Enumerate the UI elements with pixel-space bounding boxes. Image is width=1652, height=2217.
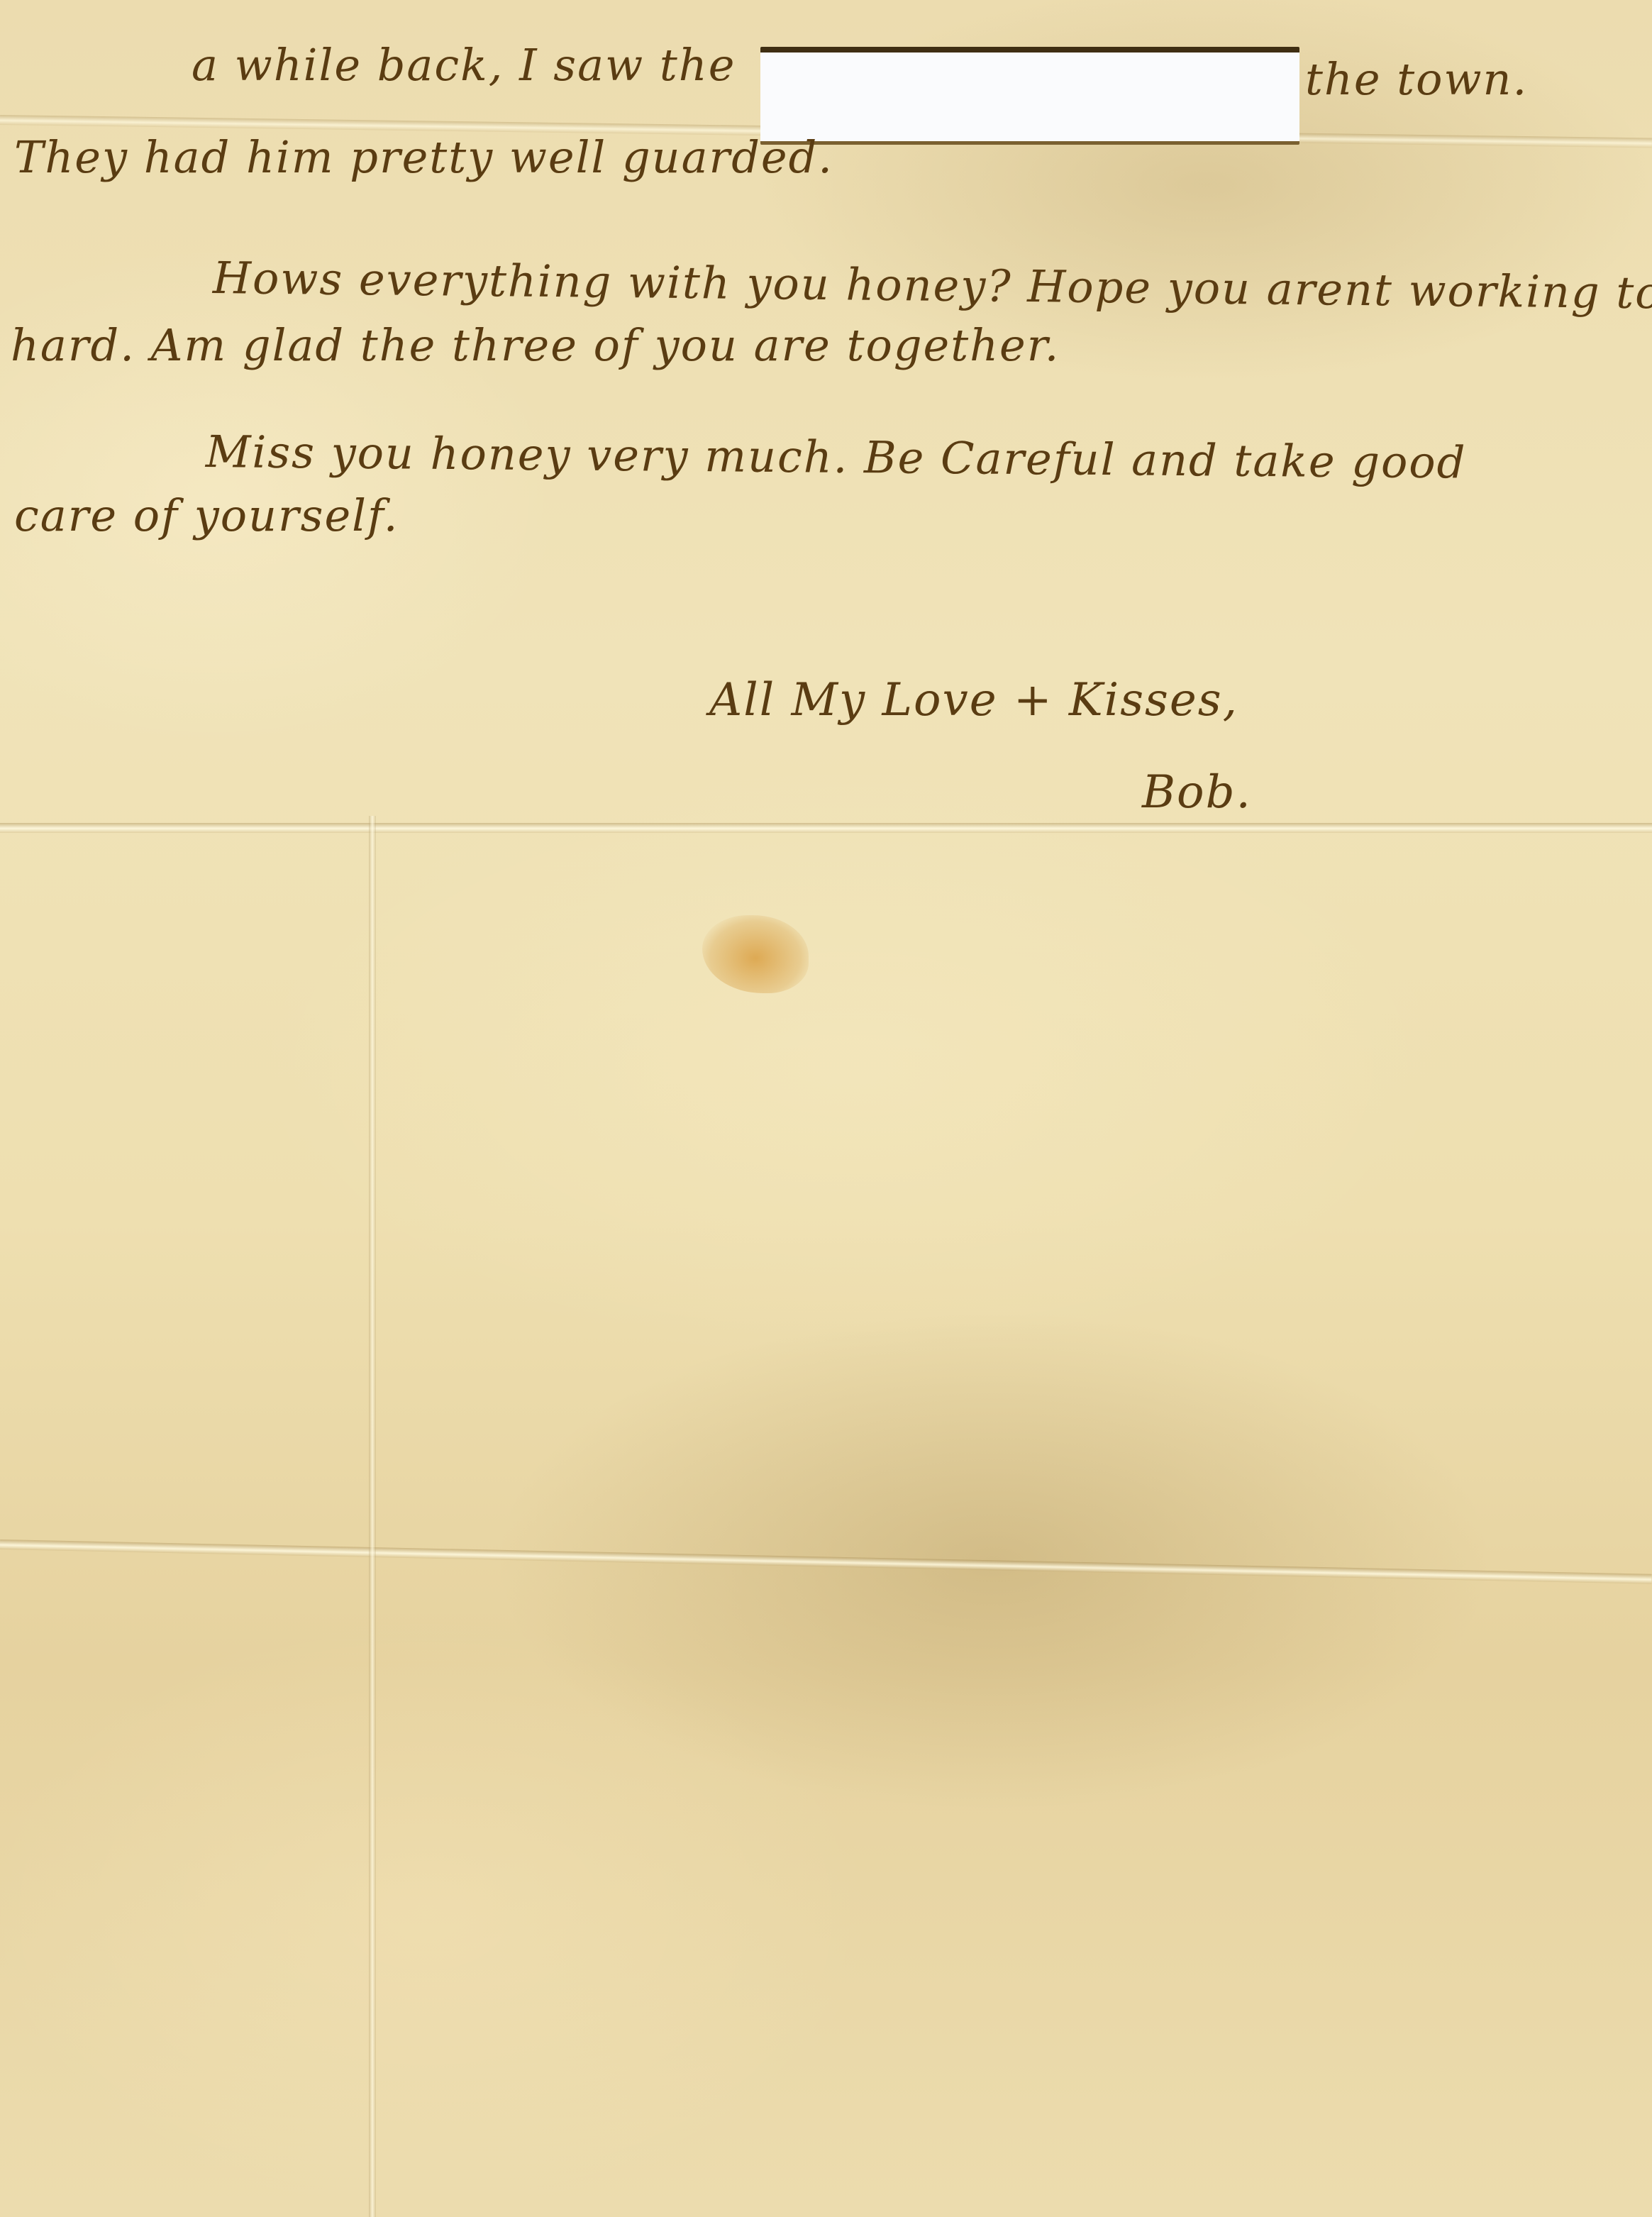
letter-line-2: They had him pretty well guarded. [14,131,833,183]
letter-line-1: a while back, I saw the [192,39,736,91]
fold-crease [0,823,1652,833]
letter-closing: All My Love + Kisses, [709,674,1238,726]
letter-page: a while back, I saw the the town. They h… [0,0,1652,2217]
letter-line-4: hard. Am glad the three of you are toget… [11,319,1060,371]
fold-crease [0,1539,1652,1584]
fold-crease-vertical [369,816,376,2217]
letter-line-5: Miss you honey very much. Be Careful and… [206,426,1467,489]
letter-line-1-end: the town. [1305,53,1528,105]
letter-line-6: care of yourself. [14,490,399,541]
letter-signature: Bob. [1142,766,1252,819]
redacted-cutout [760,47,1299,145]
letter-line-3: Hows everything with you honey? Hope you… [213,252,1652,319]
water-stain [702,915,809,993]
